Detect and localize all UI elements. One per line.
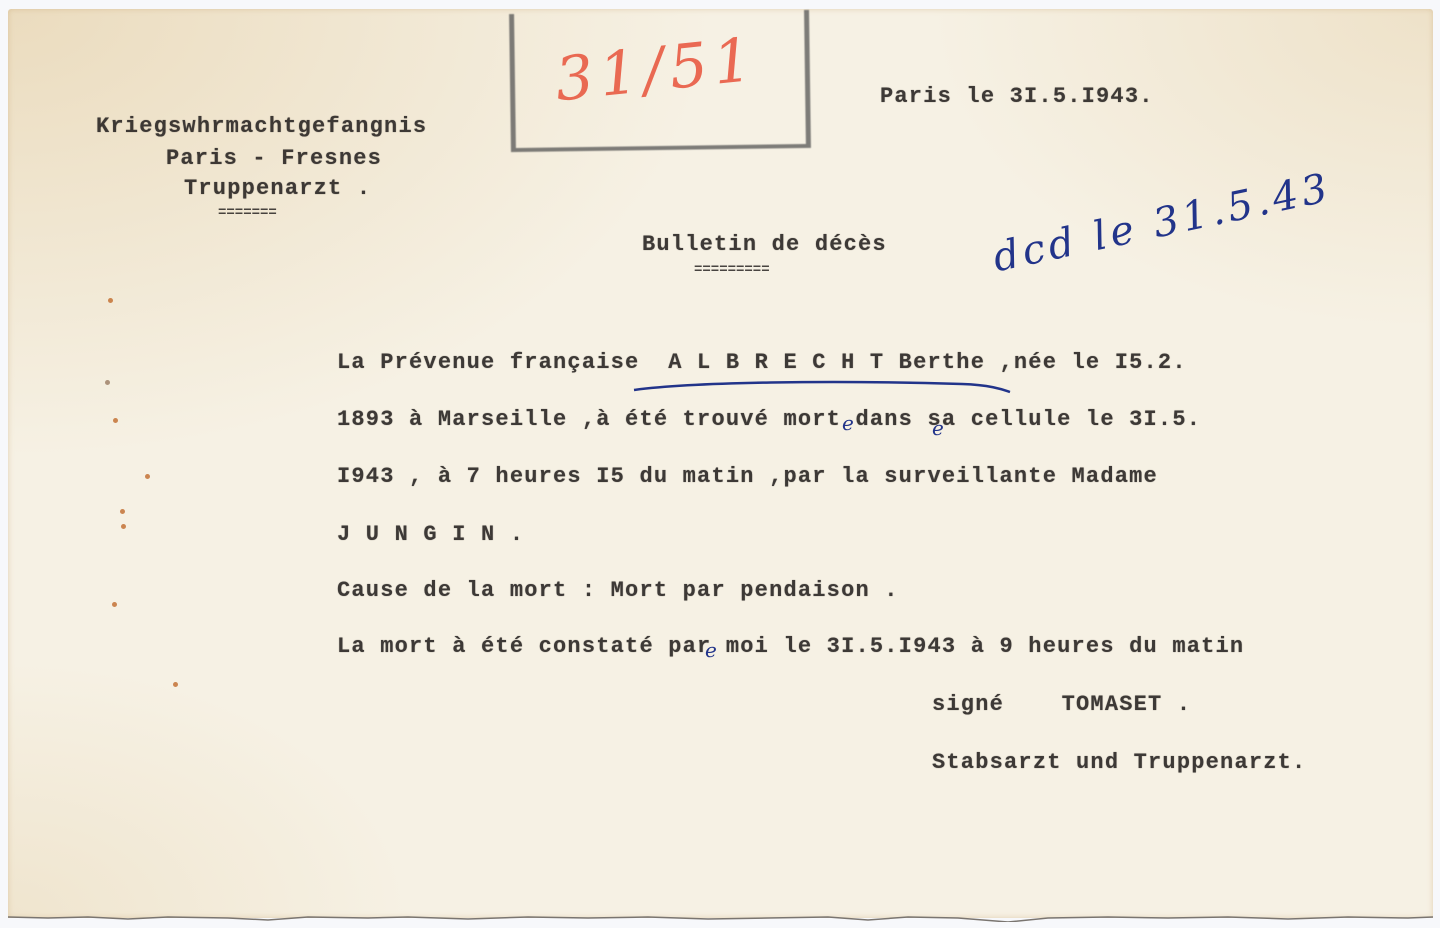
body-line-4: J U N G I N . bbox=[337, 522, 524, 547]
body-line-3: I943 , à 7 heures I5 du matin ,par la su… bbox=[337, 464, 1158, 489]
title-rule: ========= bbox=[694, 262, 770, 278]
signature-title: Stabsarzt und Truppenarzt. bbox=[932, 750, 1306, 775]
header-rule: ======= bbox=[218, 205, 277, 221]
rust-spot bbox=[121, 524, 126, 529]
header-role: Truppenarzt . bbox=[184, 176, 371, 201]
rust-spot bbox=[105, 380, 110, 385]
rust-spot bbox=[120, 509, 125, 514]
body-line-6: La mort à été constaté par moi le 3I.5.I… bbox=[337, 634, 1244, 659]
header-location: Paris - Fresnes bbox=[166, 146, 382, 171]
body-line-2: 1893 à Marseille ,à été trouvé mort dans… bbox=[337, 407, 1201, 432]
place-date: Paris le 3I.5.I943. bbox=[880, 84, 1154, 109]
cause-of-death: Cause de la mort : Mort par pendaison . bbox=[337, 578, 899, 603]
signature-name: signé TOMASET . bbox=[932, 692, 1191, 717]
torn-edge bbox=[8, 914, 1433, 922]
rust-spot bbox=[145, 474, 150, 479]
header-institution: Kriegswhrmachtgefangnis bbox=[96, 114, 427, 139]
rust-spot bbox=[113, 418, 118, 423]
rust-spot bbox=[112, 602, 117, 607]
document-title: Bulletin de décès bbox=[642, 232, 887, 257]
rust-spot bbox=[108, 298, 113, 303]
correction-e-2: e bbox=[932, 416, 944, 440]
correction-e-1: e bbox=[842, 411, 854, 435]
name-underline bbox=[632, 378, 1014, 396]
body-line-1: La Prévenue française A L B R E C H T Be… bbox=[337, 350, 1187, 375]
rust-spot bbox=[173, 682, 178, 687]
correction-e-3: e bbox=[705, 638, 717, 662]
